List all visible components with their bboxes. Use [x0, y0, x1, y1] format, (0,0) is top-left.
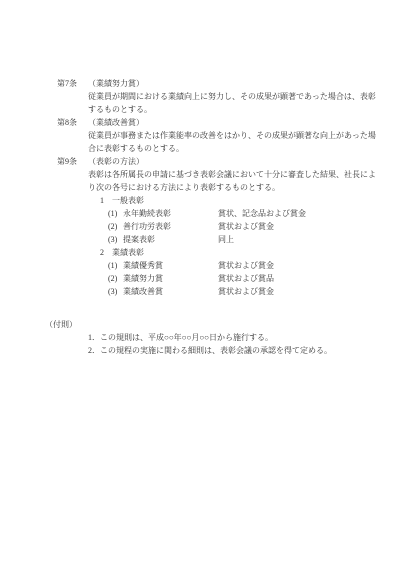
item-number: (2) [108, 272, 123, 285]
item-number: (3) [108, 285, 123, 298]
item-award: 賞状および賞金 [218, 285, 382, 298]
award-group-performance-label: 2 業績表彰 [100, 246, 382, 259]
article-8: 第8条 （業績改善賞） 従業員が事務または作業能率の改善をはかり、その成果が顕著… [57, 116, 382, 155]
item-name: 善行功労表彰 [123, 220, 218, 233]
item-award: 賞状および賞品 [218, 272, 382, 285]
article-8-heading: 第8条 （業績改善賞） [57, 116, 382, 129]
award-item: (2) 善行功労表彰 賞状および賞金 [108, 220, 382, 233]
item-award: 賞状および賞金 [218, 220, 382, 233]
article-body-line: り次の各号における方法により表彰するものとする。 [88, 181, 382, 194]
article-number: 第9条 [57, 155, 88, 168]
article-body-line: 従業員が期間における業績向上に努力し、その成果が顕著であった場合は、表彰 [88, 90, 382, 103]
document-page: 第7条 （業績努力賞） 従業員が期間における業績向上に努力し、その成果が顕著であ… [0, 0, 410, 580]
article-number: 第8条 [57, 116, 88, 129]
article-7-heading: 第7条 （業績努力賞） [57, 77, 382, 90]
item-name: 業績優秀賞 [123, 259, 218, 272]
supplement-section: （付則） 1．この規則は、平成○○年○○月○○日から施行する。 2．この規程の実… [45, 318, 382, 357]
item-award: 賞状、記念品および賞金 [218, 207, 382, 220]
item-number: (3) [108, 233, 123, 246]
article-body-line: 合に表彰するものとする。 [88, 142, 382, 155]
award-group-general-label: 1 一般表彰 [100, 194, 382, 207]
article-title: （業績努力賞） [88, 77, 382, 90]
item-award: 同上 [218, 233, 382, 246]
award-item: (3) 提案表彰 同上 [108, 233, 382, 246]
item-name: 提案表彰 [123, 233, 218, 246]
supplement-item: 2．この規程の実施に関わる細則は、表彰会議の承認を得て定める。 [88, 344, 382, 357]
item-number: (1) [108, 259, 123, 272]
article-9-heading: 第9条 （表彰の方法） [57, 155, 382, 168]
article-7: 第7条 （業績努力賞） 従業員が期間における業績向上に努力し、その成果が顕著であ… [57, 77, 382, 116]
article-body-line: するものとする。 [88, 103, 382, 116]
award-item: (1) 永年勤続表彰 賞状、記念品および賞金 [108, 207, 382, 220]
award-item: (3) 業績改善賞 賞状および賞金 [108, 285, 382, 298]
item-award: 賞状および賞金 [218, 259, 382, 272]
article-title: （業績改善賞） [88, 116, 382, 129]
article-body-line: 従業員が事務または作業能率の改善をはかり、その成果が顕著な向上があった場 [88, 129, 382, 142]
award-item: (2) 業績努力賞 賞状および賞品 [108, 272, 382, 285]
item-name: 業績改善賞 [123, 285, 218, 298]
item-name: 業績努力賞 [123, 272, 218, 285]
item-number: (2) [108, 220, 123, 233]
item-number: (1) [108, 207, 123, 220]
regulation-text: 第7条 （業績努力賞） 従業員が期間における業績向上に努力し、その成果が顕著であ… [0, 0, 410, 357]
article-body-line: 表彰は各所属長の申請に基づき表彰会議において十分に審査した結果、社長によ [88, 168, 382, 181]
award-item: (1) 業績優秀賞 賞状および賞金 [108, 259, 382, 272]
supplement-item: 1．この規則は、平成○○年○○月○○日から施行する。 [88, 331, 382, 344]
article-9: 第9条 （表彰の方法） 表彰は各所属長の申請に基づき表彰会議において十分に審査し… [57, 155, 382, 298]
article-title: （表彰の方法） [88, 155, 382, 168]
item-name: 永年勤続表彰 [123, 207, 218, 220]
article-number: 第7条 [57, 77, 88, 90]
supplement-heading: （付則） [45, 318, 382, 331]
